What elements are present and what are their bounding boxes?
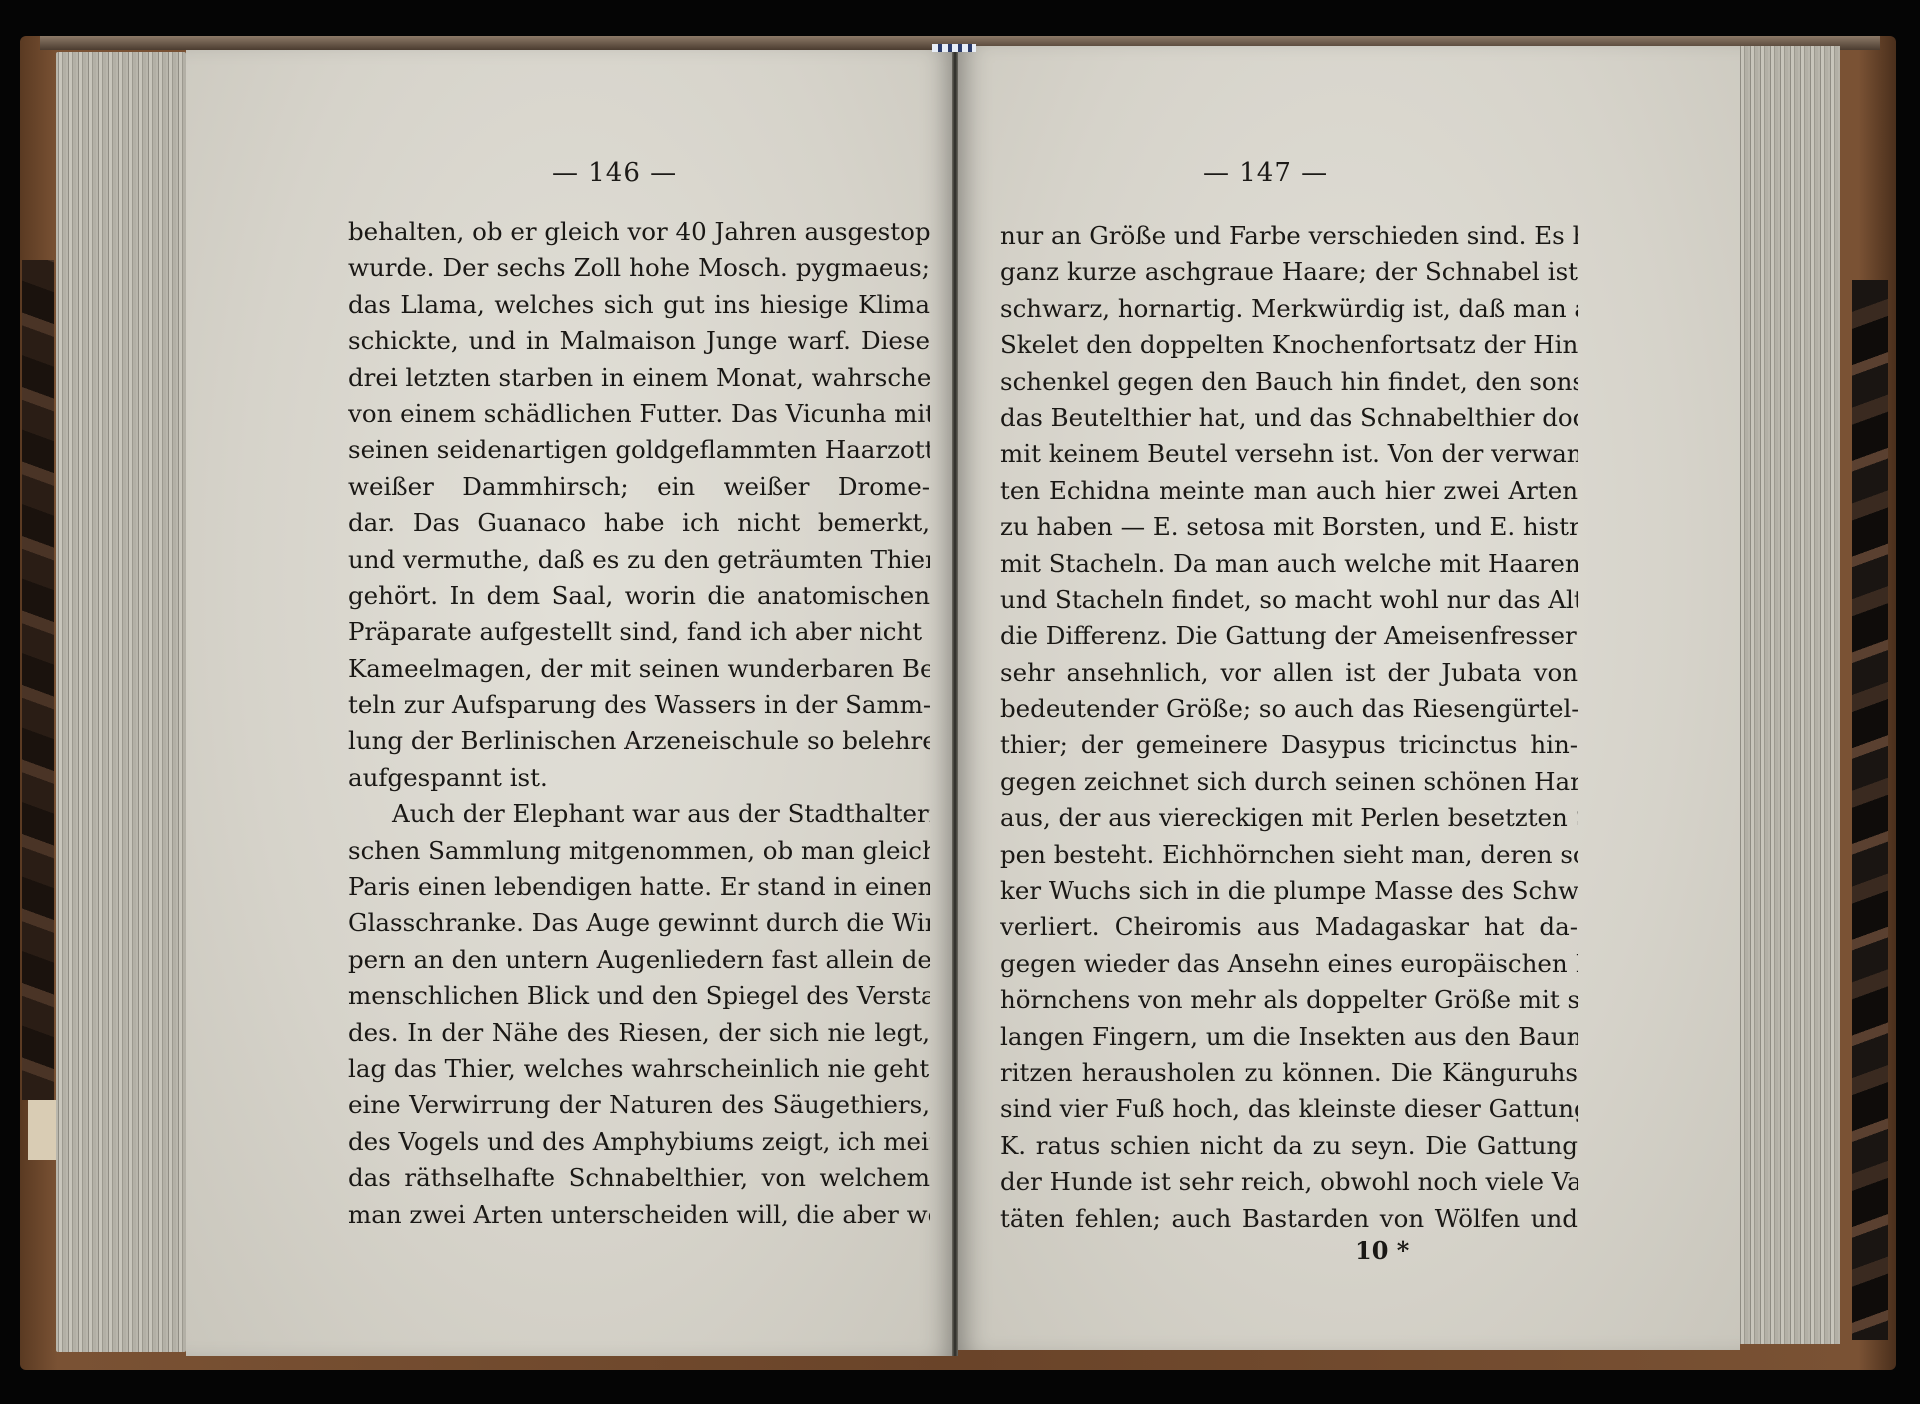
text-line: das Llama, welches sich gut ins hiesige … xyxy=(348,287,930,323)
text-line: Paris einen lebendigen hatte. Er stand i… xyxy=(348,869,930,905)
text-line: behalten, ob er gleich vor 40 Jahren aus… xyxy=(348,214,930,250)
text-line: Kameelmagen, der mit seinen wunderbaren … xyxy=(348,651,930,687)
text-line: schickte, und in Malmaison Junge warf. D… xyxy=(348,323,930,359)
book-gutter xyxy=(952,46,958,1356)
text-line: verliert. Cheiromis aus Madagaskar hat d… xyxy=(1000,909,1578,945)
text-line: eine Verwirrung der Naturen des Säugethi… xyxy=(348,1087,930,1123)
text-line: langen Fingern, um die Insekten aus den … xyxy=(1000,1019,1578,1055)
text-line: das Beutelthier hat, und das Schnabelthi… xyxy=(1000,400,1578,436)
page-stack-left xyxy=(56,52,186,1352)
signature-mark: 10 * xyxy=(1355,1236,1409,1265)
text-line: Skelet den doppelten Knochenfortsatz der… xyxy=(1000,327,1578,363)
page-number-right: — 147 — xyxy=(1203,158,1328,188)
text-line: man zwei Arten unterscheiden will, die a… xyxy=(348,1197,930,1233)
text-line: thier; der gemeinere Dasypus tricinctus … xyxy=(1000,727,1578,763)
text-line: mit keinem Beutel versehn ist. Von der v… xyxy=(1000,436,1578,472)
text-line: wurde. Der sechs Zoll hohe Mosch. pygmae… xyxy=(348,250,930,286)
text-line: schenkel gegen den Bauch hin findet, den… xyxy=(1000,364,1578,400)
text-line: sind vier Fuß hoch, das kleinste dieser … xyxy=(1000,1091,1578,1127)
page-stack-right xyxy=(1738,46,1840,1344)
text-line: und vermuthe, daß es zu den geträumten T… xyxy=(348,542,930,578)
text-line: zu haben — E. setosa mit Borsten, und E.… xyxy=(1000,509,1578,545)
text-line: ganz kurze aschgraue Haare; der Schnabel… xyxy=(1000,254,1578,290)
spine-thread xyxy=(932,44,976,52)
flyleaf-scrap xyxy=(28,1100,58,1160)
text-line: gegen zeichnet sich durch seinen schönen… xyxy=(1000,764,1578,800)
text-line: und Stacheln findet, so macht wohl nur d… xyxy=(1000,582,1578,618)
text-line: dar. Das Guanaco habe ich nicht bemerkt, xyxy=(348,505,930,541)
text-line: lag das Thier, welches wahrscheinlich ni… xyxy=(348,1051,930,1087)
text-line: seinen seidenartigen goldgeflammten Haar… xyxy=(348,432,930,468)
text-line: Präparate aufgestellt sind, fand ich abe… xyxy=(348,614,930,650)
text-line: mit Stacheln. Da man auch welche mit Haa… xyxy=(1000,546,1578,582)
text-line: die Differenz. Die Gattung der Ameisenfr… xyxy=(1000,618,1578,654)
text-line: gegen wieder das Ansehn eines europäisch… xyxy=(1000,946,1578,982)
text-line: schwarz, hornartig. Merkwürdig ist, daß … xyxy=(1000,291,1578,327)
text-line: schen Sammlung mitgenommen, ob man gleic… xyxy=(348,833,930,869)
text-line: Glasschranke. Das Auge gewinnt durch die… xyxy=(348,905,930,941)
text-line: ritzen herausholen zu können. Die Kängur… xyxy=(1000,1055,1578,1091)
text-line: Auch der Elephant war aus der Stadthalte… xyxy=(348,796,930,832)
text-line: des Vogels und des Amphybiums zeigt, ich… xyxy=(348,1124,930,1160)
marbled-board-left xyxy=(22,260,54,1100)
text-line: pen besteht. Eichhörnchen sieht man, der… xyxy=(1000,837,1578,873)
text-line: pern an den untern Augenliedern fast all… xyxy=(348,942,930,978)
text-line: gehört. In dem Saal, worin die anatomisc… xyxy=(348,578,930,614)
text-line: hörnchens von mehr als doppelter Größe m… xyxy=(1000,982,1578,1018)
text-line: der Hunde ist sehr reich, obwohl noch vi… xyxy=(1000,1164,1578,1200)
text-line: aus, der aus viereckigen mit Perlen bese… xyxy=(1000,800,1578,836)
text-line: täten fehlen; auch Bastarden von Wölfen … xyxy=(1000,1201,1578,1237)
text-line: lung der Berlinischen Arzeneischule so b… xyxy=(348,723,930,759)
page-number-left: — 146 — xyxy=(552,158,677,188)
text-line: bedeutender Größe; so auch das Riesengür… xyxy=(1000,691,1578,727)
text-line: teln zur Aufsparung des Wassers in der S… xyxy=(348,687,930,723)
text-line: das räthselhafte Schnabelthier, von welc… xyxy=(348,1160,930,1196)
text-line: des. In der Nähe des Riesen, der sich ni… xyxy=(348,1015,930,1051)
text-line: ten Echidna meinte man auch hier zwei Ar… xyxy=(1000,473,1578,509)
text-line: sehr ansehnlich, vor allen ist der Jubat… xyxy=(1000,655,1578,691)
text-line: von einem schädlichen Futter. Das Vicunh… xyxy=(348,396,930,432)
text-line: ker Wuchs sich in die plumpe Masse des S… xyxy=(1000,873,1578,909)
text-line: menschlichen Blick und den Spiegel des V… xyxy=(348,978,930,1014)
left-page-text: behalten, ob er gleich vor 40 Jahren aus… xyxy=(348,214,930,1233)
text-line: nur an Größe und Farbe verschieden sind.… xyxy=(1000,218,1578,254)
text-line: aufgespannt ist. xyxy=(348,760,930,796)
text-line: drei letzten starben in einem Monat, wah… xyxy=(348,360,930,396)
right-page-text: nur an Größe und Farbe verschieden sind.… xyxy=(1000,218,1578,1237)
marbled-board-right xyxy=(1852,280,1888,1340)
text-line: K. ratus schien nicht da zu seyn. Die Ga… xyxy=(1000,1128,1578,1164)
text-line: weißer Dammhirsch; ein weißer Drome- xyxy=(348,469,930,505)
